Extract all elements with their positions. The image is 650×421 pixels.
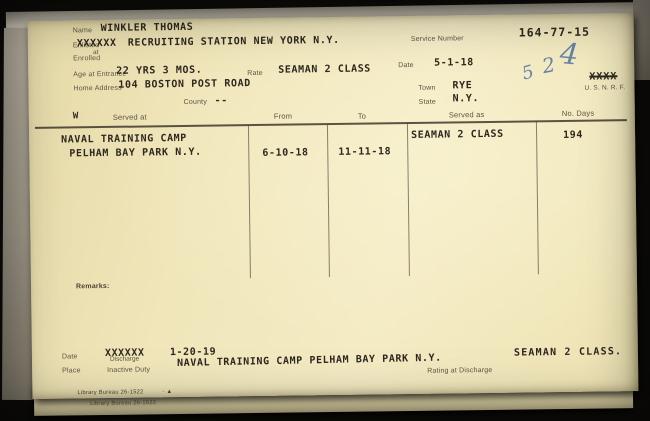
served-at-line2: PELHAM BAY PARK N.Y. xyxy=(69,147,202,160)
rate-value: SEAMAN 2 CLASS xyxy=(278,63,371,75)
branch-label: U. S. N. R. F. xyxy=(584,84,625,92)
served-as-value: SEAMAN 2 CLASS xyxy=(411,129,504,141)
photo-of-service-card: Library Bureau 26-1522 Name WINKLER THOM… xyxy=(0,0,650,421)
discharge-strikeout: XXXXXX xyxy=(105,347,145,359)
served-at-line1: NAVAL TRAINING CAMP xyxy=(61,133,187,146)
handwritten-digit: 4 xyxy=(559,36,580,72)
w-mark: W xyxy=(73,111,79,121)
remarks-label: Remarks: xyxy=(76,283,110,290)
station-value: RECRUITING STATION NEW YORK N.Y. xyxy=(128,35,340,49)
table-column-line xyxy=(248,125,251,278)
home-address-value: 104 BOSTON POST ROAD xyxy=(118,78,251,91)
age-value: 22 YRS 3 MOS. xyxy=(116,65,202,77)
table-column-line xyxy=(407,123,410,276)
behind-card-print: Library Bureau 26-1522 xyxy=(90,400,156,407)
place-label: Place xyxy=(62,367,81,374)
from-header: From xyxy=(274,112,292,121)
name-value: WINKLER THOMAS xyxy=(101,22,194,34)
card-behind-right-edge xyxy=(633,0,650,80)
enrolled-label: Enrolled xyxy=(73,55,100,62)
to-header: To xyxy=(358,112,366,121)
rating-at-discharge-label: Rating at Discharge xyxy=(427,367,492,375)
branch-strikeout: XXXX xyxy=(589,71,617,82)
handwritten-digit: 5 xyxy=(520,61,537,84)
print-registration-mark: · ▲ xyxy=(162,389,172,395)
enlisted-strikeout: XXXXXX xyxy=(77,38,117,50)
service-record-card: Name WINKLER THOMAS Enlisted XXXXXX at E… xyxy=(28,13,639,399)
enroll-date-value: 5-1-18 xyxy=(434,57,474,69)
inactive-duty-label: Inactive Duty xyxy=(107,366,150,374)
table-column-line xyxy=(327,124,330,277)
from-value: 6-10-18 xyxy=(262,147,308,159)
state-value: N.Y. xyxy=(453,93,480,104)
discharge-date-label: Date xyxy=(62,353,78,360)
no-days-header: No. Days xyxy=(562,109,595,118)
library-bureau-print: Library Bureau 26-1522 xyxy=(77,389,143,396)
home-address-label: Home Address xyxy=(73,85,121,93)
name-label: Name xyxy=(73,27,93,34)
county-value: -- xyxy=(215,95,228,106)
served-as-header: Served as xyxy=(449,110,485,119)
service-number-label: Service Number xyxy=(411,35,464,43)
state-label: State xyxy=(419,99,436,106)
rate-label: Rate xyxy=(247,70,263,77)
rating-at-discharge-value: SEAMAN 2 CLASS. xyxy=(514,346,622,358)
no-days-value: 194 xyxy=(563,130,583,141)
discharge-place-value: NAVAL TRAINING CAMP PELHAM BAY PARK N.Y. xyxy=(177,353,442,369)
town-label: Town xyxy=(418,85,435,92)
county-label: County xyxy=(184,99,207,106)
table-column-line xyxy=(536,121,539,274)
enroll-date-label: Date xyxy=(398,62,414,69)
handwritten-digit: 2 xyxy=(540,52,557,78)
town-value: RYE xyxy=(452,80,472,91)
to-value: 11-11-18 xyxy=(338,146,391,158)
served-at-header: Served at xyxy=(113,112,147,121)
